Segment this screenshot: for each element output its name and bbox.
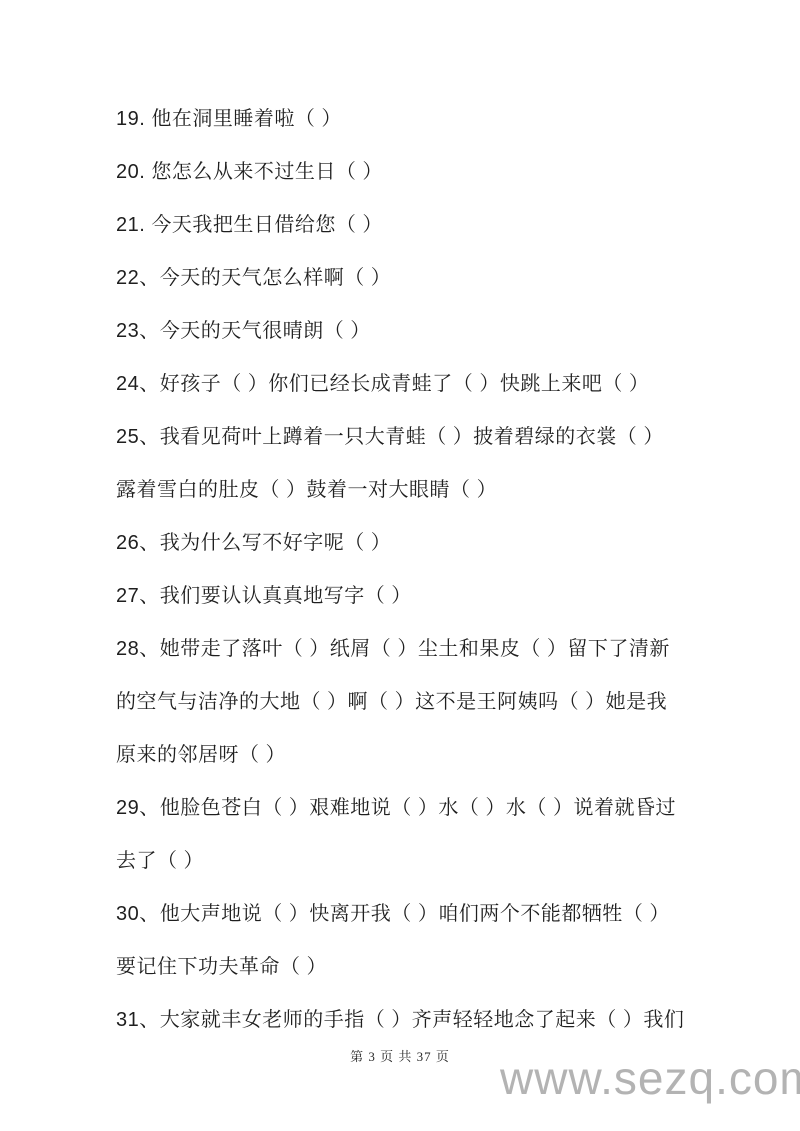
text-line: 29、他脸色苍白（ ）艰难地说（ ）水（ ）水（ ）说着就昏过 xyxy=(116,782,716,835)
text-line: 25、我看见荷叶上蹲着一只大青蛙（ ）披着碧绿的衣裳（ ） xyxy=(116,411,716,464)
text-line: 28、她带走了落叶（ ）纸屑（ ）尘土和果皮（ ）留下了清新 xyxy=(116,623,716,676)
text-line: 要记住下功夫革命（ ） xyxy=(116,941,716,994)
text-line: 23、今天的天气很晴朗（ ） xyxy=(116,305,716,358)
document-page: 19. 他在洞里睡着啦（ ） 20. 您怎么从来不过生日（ ） 21. 今天我把… xyxy=(0,0,800,1131)
text-line: 露着雪白的肚皮（ ）鼓着一对大眼睛（ ） xyxy=(116,464,716,517)
text-line: 20. 您怎么从来不过生日（ ） xyxy=(116,146,716,199)
text-line: 24、好孩子（ ）你们已经长成青蛙了（ ）快跳上来吧（ ） xyxy=(116,358,716,411)
text-line: 21. 今天我把生日借给您（ ） xyxy=(116,199,716,252)
text-line: 19. 他在洞里睡着啦（ ） xyxy=(116,93,716,146)
text-line: 的空气与洁净的大地（ ）啊（ ）这不是王阿姨吗（ ）她是我 xyxy=(116,676,716,729)
watermark: www.sezq.com xyxy=(500,1053,800,1104)
text-line: 去了（ ） xyxy=(116,835,716,888)
text-line: 27、我们要认认真真地写字（ ） xyxy=(116,570,716,623)
text-line: 原来的邻居呀（ ） xyxy=(116,729,716,782)
exercise-text-block: 19. 他在洞里睡着啦（ ） 20. 您怎么从来不过生日（ ） 21. 今天我把… xyxy=(116,93,716,1047)
text-line: 30、他大声地说（ ）快离开我（ ）咱们两个不能都牺牲（ ） xyxy=(116,888,716,941)
text-line: 22、今天的天气怎么样啊（ ） xyxy=(116,252,716,305)
text-line: 31、大家就丰女老师的手指（ ）齐声轻轻地念了起来（ ）我们 xyxy=(116,994,716,1047)
text-line: 26、我为什么写不好字呢（ ） xyxy=(116,517,716,570)
